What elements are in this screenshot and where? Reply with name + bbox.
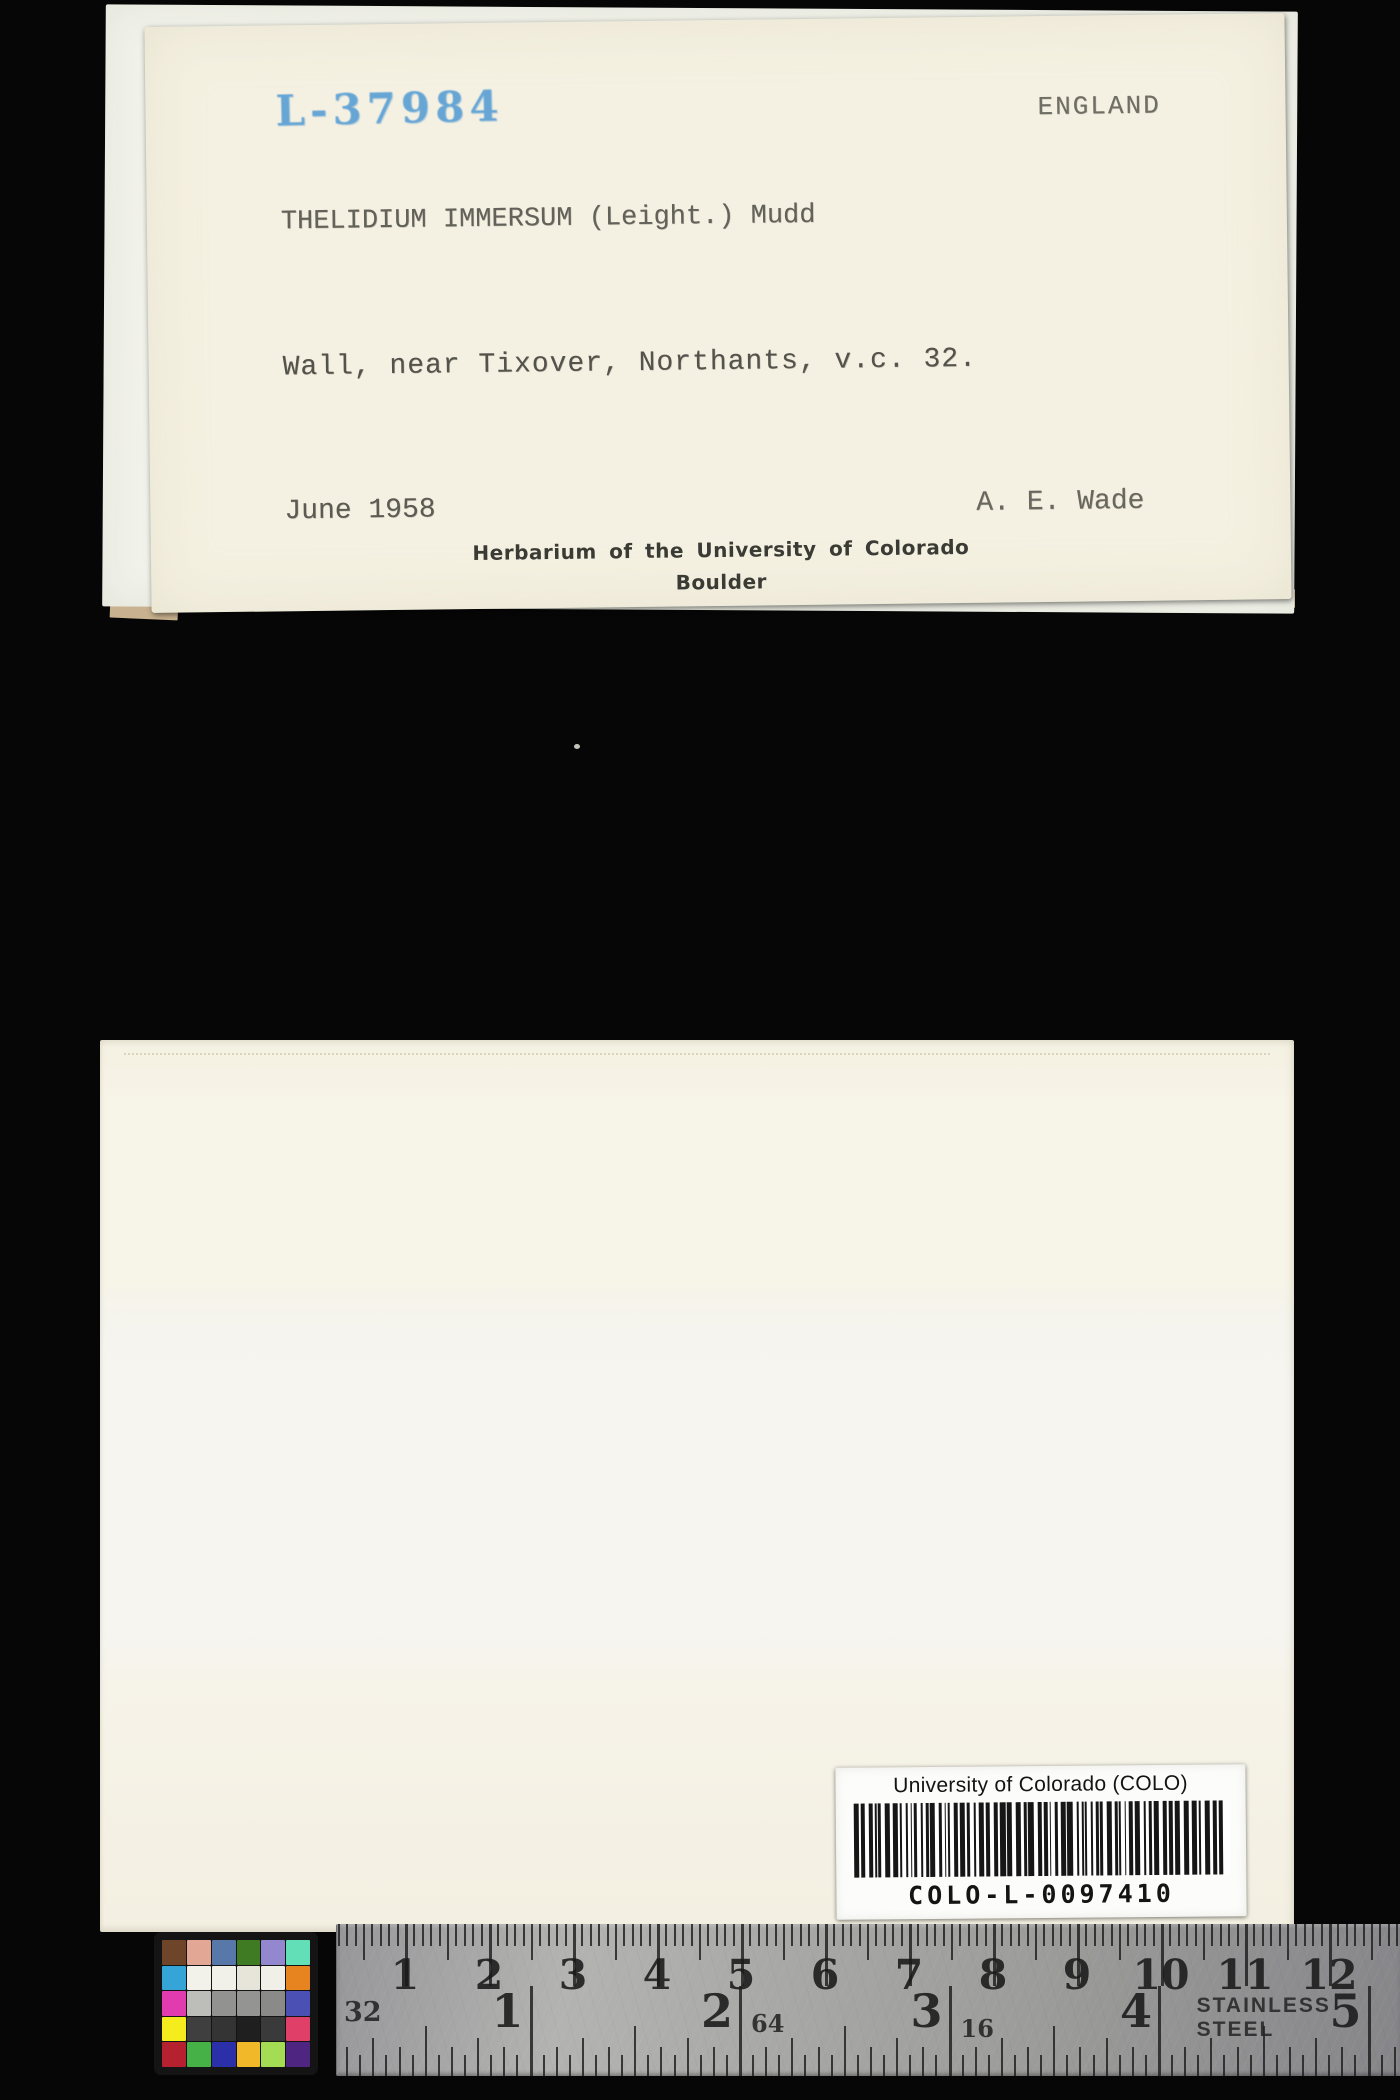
accession-number-stamp: L-37984 xyxy=(275,81,504,135)
ruler-tick xyxy=(621,2055,623,2076)
ruler-inch-number: 1 xyxy=(491,1984,523,2038)
ruler-tick xyxy=(831,2055,833,2076)
barcode-bar xyxy=(1107,1801,1113,1875)
ruler-tick xyxy=(595,2055,597,2076)
ruler-tick xyxy=(1279,1924,1281,1946)
ruler-tick xyxy=(1210,2038,1212,2076)
ruler-tick xyxy=(1302,2055,1304,2076)
stainless-steel-ruler: 123456789101112 12345 32 64 16 STAINLESS… xyxy=(336,1924,1400,2076)
ruler-cm-number: 11 xyxy=(1216,1951,1273,1999)
barcode-label: University of Colorado (COLO) COLO-L-009… xyxy=(835,1764,1246,1920)
barcode-bar xyxy=(899,1803,902,1877)
ruler-tick xyxy=(1220,1924,1222,1946)
color-swatch xyxy=(286,1991,310,2016)
barcode-bar xyxy=(1162,1801,1167,1875)
barcode-bar xyxy=(1037,1802,1042,1876)
barcode-bar xyxy=(1049,1802,1051,1876)
ruler-tick xyxy=(1094,1924,1096,1946)
ruler-brand-label: STAINLESS STEEL xyxy=(1197,1994,1333,2042)
color-swatch xyxy=(237,2042,261,2067)
ruler-tick xyxy=(359,2055,361,2076)
barcode-bar xyxy=(1096,1801,1099,1875)
ruler-tick xyxy=(477,2038,479,2076)
ruler-tick xyxy=(543,2055,545,2076)
ruler-tick xyxy=(870,2047,872,2076)
ruler-tick xyxy=(1136,1924,1138,1946)
ruler-tick xyxy=(608,2047,610,2076)
barcode-bar xyxy=(1213,1800,1218,1874)
ruler-cm-number: 8 xyxy=(979,1951,1008,1999)
ruler-tick xyxy=(556,2047,558,2076)
barcode-bar xyxy=(1205,1801,1211,1875)
ruler-tick xyxy=(338,1924,340,1946)
ruler-tick xyxy=(1093,2055,1095,2076)
barcode-bar xyxy=(985,1802,990,1876)
ruler-tick xyxy=(892,1924,894,1946)
ruler-tick xyxy=(1250,2055,1252,2076)
barcode-bar xyxy=(1169,1801,1174,1875)
ruler-tick xyxy=(817,1924,819,1946)
ruler-tick xyxy=(884,1924,886,1946)
ruler-tick xyxy=(451,2047,453,2076)
ruler-tick xyxy=(640,1924,642,1946)
barcode-bar xyxy=(1100,1801,1103,1875)
barcode-bar xyxy=(893,1803,899,1877)
ruler-tick xyxy=(430,1924,432,1946)
barcode-bar xyxy=(945,1803,947,1877)
ruler-tick xyxy=(674,1924,676,1946)
ruler-tick xyxy=(481,1924,483,1946)
ruler-tick xyxy=(1043,1924,1045,1946)
ruler-fraction-label-32: 32 xyxy=(344,1997,382,2028)
ruler-tick xyxy=(506,1924,508,1946)
ruler-tick xyxy=(634,2026,636,2076)
locality-text: Wall, near Tixover, Northants, v.c. 32. xyxy=(282,344,977,383)
ruler-tick xyxy=(1379,1924,1381,1946)
ruler-tick xyxy=(1371,1924,1373,1960)
color-swatch xyxy=(237,1966,261,1991)
ruler-tick xyxy=(590,1924,592,1946)
ruler-tick xyxy=(1040,2055,1042,2076)
ruler-tick xyxy=(1223,2055,1225,2076)
ruler-tick xyxy=(514,1924,516,1946)
packet-flap-edge xyxy=(124,1053,1270,1055)
ruler-tick xyxy=(783,1924,785,1960)
barcode-bar xyxy=(1060,1802,1066,1876)
barcode xyxy=(852,1800,1231,1877)
ruler-tick xyxy=(1010,1924,1012,1946)
barcode-bar xyxy=(1198,1801,1201,1875)
color-swatch xyxy=(286,1940,310,1965)
ruler-tick xyxy=(1211,1924,1213,1946)
ruler-tick xyxy=(439,1924,441,1946)
ruler-tick xyxy=(1158,1986,1161,2076)
ruler-tick xyxy=(388,1924,390,1946)
ruler-tick xyxy=(1354,1924,1356,1946)
barcode-number: COLO-L-0097410 xyxy=(908,1879,1175,1910)
ruler-tick xyxy=(346,1924,348,1946)
ruler-tick xyxy=(1153,1924,1155,1946)
color-swatch xyxy=(286,2017,310,2042)
herbarium-label-card: L-37984 ENGLAND THELIDIUM IMMERSUM (Leig… xyxy=(144,13,1291,613)
ruler-tick xyxy=(1060,1924,1062,1946)
ruler-tick xyxy=(1119,1924,1121,1960)
color-swatch xyxy=(261,2017,285,2042)
ruler-tick xyxy=(531,1924,533,1960)
ruler-tick xyxy=(765,2047,767,2076)
color-swatch xyxy=(162,1991,186,2016)
ruler-tick xyxy=(707,1924,709,1946)
ruler-tick xyxy=(412,2055,414,2076)
ruler-tick xyxy=(1328,2055,1330,2076)
barcode-bar xyxy=(1184,1801,1190,1875)
ruler-tick xyxy=(1341,2047,1343,2076)
taxon-name: THELIDIUM IMMERSUM (Leight.) Mudd xyxy=(281,201,816,238)
ruler-cm-number: 9 xyxy=(1063,1951,1092,1999)
color-swatch xyxy=(261,1940,285,1965)
barcode-bar xyxy=(1129,1801,1134,1875)
barcode-bar xyxy=(1149,1801,1152,1875)
ruler-tick xyxy=(422,1924,424,1946)
ruler-tick xyxy=(372,2038,374,2076)
barcode-bar xyxy=(1090,1802,1093,1876)
ruler-tick xyxy=(691,1924,693,1946)
ruler-tick xyxy=(490,2055,492,2076)
ruler-tick xyxy=(660,2047,662,2076)
ruler-fraction-label-16: 16 xyxy=(961,2014,994,2043)
ruler-tick xyxy=(1178,1924,1180,1946)
ruler-tick xyxy=(397,1924,399,1946)
ruler-tick xyxy=(1315,2038,1317,2076)
ruler-tick xyxy=(1363,1924,1365,1946)
ruler-tick xyxy=(1144,1924,1146,1946)
ruler-tick xyxy=(808,1924,810,1946)
ruler-tick xyxy=(883,2055,885,2076)
barcode-bar xyxy=(854,1804,860,1878)
ruler-tick xyxy=(399,2047,401,2076)
color-calibration-chart xyxy=(154,1932,318,2075)
ruler-inch-number: 4 xyxy=(1120,1984,1152,2038)
ruler-tick xyxy=(775,1924,777,1946)
ruler-tick xyxy=(917,1924,919,1946)
ruler-tick xyxy=(503,2047,505,2076)
ruler-tick xyxy=(1145,2055,1147,2076)
ruler-tick xyxy=(700,2055,702,2076)
ruler-tick xyxy=(516,2055,518,2076)
ruler-tick xyxy=(975,2047,977,2076)
barcode-bar xyxy=(926,1803,929,1877)
ruler-cm-number: 3 xyxy=(559,1951,588,1999)
ruler-tick xyxy=(1337,1924,1339,1946)
ruler-tick xyxy=(926,1924,928,1946)
dust-speck xyxy=(574,744,580,749)
ruler-tick xyxy=(1253,1924,1255,1946)
herbarium-imprint-line1: Herbarium of the University of Colorado xyxy=(151,531,1291,569)
ruler-tick xyxy=(1237,1924,1239,1946)
ruler-tick xyxy=(565,1924,567,1946)
barcode-bar xyxy=(1055,1802,1058,1876)
barcode-bar xyxy=(1085,1802,1087,1876)
ruler-tick xyxy=(623,1924,625,1946)
barcode-bar xyxy=(878,1803,881,1877)
barcode-bar xyxy=(1115,1801,1118,1875)
ruler-tick xyxy=(968,1924,970,1946)
ruler-tick xyxy=(1262,1924,1264,1946)
ruler-tick xyxy=(665,1924,667,1946)
ruler-tick xyxy=(687,2038,689,2076)
ruler-tick xyxy=(1312,1924,1314,1946)
barcode-bar xyxy=(1007,1802,1013,1876)
ruler-tick xyxy=(523,1924,525,1946)
ruler-tick xyxy=(901,1924,903,1946)
barcode-bar xyxy=(1134,1801,1140,1875)
ruler-tick xyxy=(615,1924,617,1960)
color-swatch xyxy=(212,1991,236,2016)
ruler-tick xyxy=(363,1924,365,1960)
barcode-bar xyxy=(948,1803,950,1877)
ruler-tick xyxy=(582,2038,584,2076)
barcode-bar xyxy=(920,1803,923,1877)
ruler-tick xyxy=(1014,2055,1016,2076)
ruler-tick xyxy=(804,2055,806,2076)
barcode-bar xyxy=(1124,1801,1126,1875)
ruler-tick xyxy=(1394,2047,1396,2076)
ruler-tick xyxy=(380,1924,382,1946)
ruler-tick xyxy=(581,1924,583,1946)
ruler-tick xyxy=(842,1924,844,1946)
ruler-tick xyxy=(355,1924,357,1946)
ruler-tick xyxy=(859,1924,861,1946)
barcode-bar xyxy=(913,1803,916,1877)
barcode-bar xyxy=(910,1803,912,1877)
ruler-tick xyxy=(1203,1924,1205,1960)
barcode-bar xyxy=(967,1803,970,1877)
barcode-bar xyxy=(1044,1802,1049,1876)
ruler-tick xyxy=(959,1924,961,1946)
ruler-tick xyxy=(800,1924,802,1946)
ruler-tick xyxy=(934,1924,936,1946)
barcode-institution-label: University of Colorado (COLO) xyxy=(893,1772,1188,1799)
ruler-tick xyxy=(791,2038,793,2076)
ruler-tick xyxy=(464,2055,466,2076)
ruler-tick xyxy=(951,1924,953,1960)
ruler-tick xyxy=(1270,1924,1272,1946)
ruler-tick xyxy=(752,2055,754,2076)
ruler-tick xyxy=(1228,1924,1230,1946)
ruler-tick xyxy=(1295,1924,1297,1946)
barcode-bar xyxy=(1218,1800,1223,1874)
color-swatch xyxy=(237,1991,261,2016)
ruler-tick xyxy=(1171,2055,1173,2076)
ruler-tick xyxy=(1001,1924,1003,1946)
ruler-tick xyxy=(850,1924,852,1946)
ruler-tick xyxy=(674,2055,676,2076)
ruler-tick xyxy=(1184,2047,1186,2076)
ruler-tick xyxy=(539,1924,541,1946)
ruler-tick xyxy=(472,1924,474,1946)
collector-name: A. E. Wade xyxy=(976,486,1144,519)
ruler-tick xyxy=(962,2055,964,2076)
color-swatch xyxy=(212,2017,236,2042)
color-swatch xyxy=(187,1991,211,2016)
ruler-cm-number: 1 xyxy=(391,1951,420,1999)
barcode-bar xyxy=(875,1803,877,1877)
ruler-tick xyxy=(682,1924,684,1946)
ruler-tick xyxy=(943,1924,945,1946)
ruler-tick xyxy=(1119,2055,1121,2076)
ruler-tick xyxy=(1368,1986,1371,2076)
barcode-bar xyxy=(1174,1801,1180,1875)
ruler-tick xyxy=(1396,1924,1398,1946)
ruler-tick xyxy=(726,2055,728,2076)
color-swatch xyxy=(237,1940,261,1965)
ruler-tick xyxy=(607,1924,609,1946)
ruler-tick xyxy=(1127,1924,1129,1946)
barcode-bar xyxy=(1028,1802,1034,1876)
color-swatch xyxy=(187,1966,211,1991)
ruler-tick xyxy=(791,1924,793,1946)
specimen-photo: { "photo": { "background_color": "#06060… xyxy=(0,0,1400,2100)
color-swatch xyxy=(286,1966,310,1991)
ruler-tick xyxy=(447,1924,449,1960)
ruler-tick xyxy=(713,2047,715,2076)
barcode-bar xyxy=(930,1803,936,1877)
ruler-tick xyxy=(1035,1924,1037,1960)
herbarium-imprint-line2: Boulder xyxy=(151,563,1291,601)
ruler-tick xyxy=(438,2055,440,2076)
ruler-tick xyxy=(985,1924,987,1946)
ruler-inch-number: 3 xyxy=(910,1984,942,2038)
barcode-bar xyxy=(939,1803,942,1877)
ruler-tick xyxy=(1197,2055,1199,2076)
barcode-bar xyxy=(906,1803,908,1877)
ruler-inch-number: 5 xyxy=(1329,1984,1361,2038)
ruler-tick xyxy=(455,1924,457,1946)
barcode-bar xyxy=(1024,1802,1027,1876)
ruler-tick xyxy=(413,1924,415,1946)
ruler-tick xyxy=(867,1924,869,1960)
color-swatch xyxy=(261,2042,285,2067)
barcode-bar xyxy=(1119,1801,1121,1875)
ruler-tick xyxy=(1079,2047,1081,2076)
ruler-tick xyxy=(1111,1924,1113,1946)
color-swatch xyxy=(212,2042,236,2067)
collection-date: June 1958 xyxy=(284,494,436,527)
ruler-tick xyxy=(1321,1924,1323,1946)
ruler-tick xyxy=(833,1924,835,1946)
barcode-bar xyxy=(885,1803,891,1877)
barcode-bar xyxy=(1076,1802,1079,1876)
ruler-tick xyxy=(758,1924,760,1946)
color-swatch xyxy=(187,2042,211,2067)
ruler-tick xyxy=(1287,1924,1289,1960)
ruler-tick xyxy=(1381,2055,1383,2076)
ruler-tick xyxy=(988,2055,990,2076)
barcode-bar xyxy=(1143,1801,1146,1875)
ruler-tick xyxy=(1186,1924,1188,1946)
barcode-bar xyxy=(1067,1802,1073,1876)
ruler-tick xyxy=(818,2047,820,2076)
color-swatch xyxy=(212,1940,236,1965)
ruler-tick xyxy=(909,2055,911,2076)
ruler-tick xyxy=(896,2038,898,2076)
barcode-bar xyxy=(868,1803,873,1877)
color-swatch xyxy=(286,2042,310,2067)
color-swatch xyxy=(162,1940,186,1965)
ruler-tick xyxy=(1027,1924,1029,1946)
ruler-tick xyxy=(716,1924,718,1946)
ruler-tick xyxy=(766,1924,768,1946)
barcode-bar xyxy=(973,1803,976,1877)
barcode-bar xyxy=(1153,1801,1159,1875)
country-label: ENGLAND xyxy=(1037,91,1161,123)
ruler-tick xyxy=(1276,2055,1278,2076)
ruler-tick xyxy=(1237,2047,1239,2076)
ruler-tick xyxy=(425,2026,427,2076)
ruler-tick xyxy=(1304,1924,1306,1946)
ruler-tick xyxy=(497,1924,499,1946)
barcode-bar xyxy=(1000,1802,1006,1876)
ruler-tick xyxy=(778,2055,780,2076)
color-swatch xyxy=(187,1940,211,1965)
ruler-tick xyxy=(1085,1924,1087,1946)
ruler-tick xyxy=(1195,1924,1197,1946)
ruler-tick xyxy=(724,1924,726,1946)
ruler-tick xyxy=(922,2047,924,2076)
color-swatch xyxy=(212,1966,236,1991)
color-swatch xyxy=(162,2017,186,2042)
color-swatch xyxy=(237,2017,261,2042)
ruler-tick xyxy=(346,2047,348,2076)
ruler-tick xyxy=(699,1924,701,1960)
ruler-tick xyxy=(1052,1924,1054,1946)
color-swatch xyxy=(162,2042,186,2067)
ruler-tick xyxy=(739,1986,742,2076)
ruler-tick xyxy=(1346,1924,1348,1946)
ruler-tick xyxy=(857,2055,859,2076)
ruler-tick xyxy=(1069,1924,1071,1946)
ruler-tick xyxy=(1102,1924,1104,1946)
ruler-tick xyxy=(949,1986,952,2076)
ruler-tick xyxy=(749,1924,751,1946)
barcode-bar xyxy=(860,1804,865,1878)
barcode-bar xyxy=(960,1803,966,1877)
ruler-inch-number: 2 xyxy=(701,1984,733,2038)
ruler-tick xyxy=(935,2055,937,2076)
ruler-tick xyxy=(598,1924,600,1946)
color-swatch xyxy=(261,1991,285,2016)
ruler-tick xyxy=(464,1924,466,1946)
ruler-tick xyxy=(1132,2047,1134,2076)
ruler-tick xyxy=(1289,2047,1291,2076)
barcode-bar xyxy=(953,1803,958,1877)
ruler-tick xyxy=(1001,2038,1003,2076)
ruler-tick xyxy=(1169,1924,1171,1946)
ruler-fraction-label-64: 64 xyxy=(751,2009,784,2038)
ruler-tick xyxy=(875,1924,877,1946)
ruler-tick xyxy=(371,1924,373,1946)
ruler-tick xyxy=(1066,2055,1068,2076)
ruler-tick xyxy=(548,1924,550,1946)
ruler-tick xyxy=(649,1924,651,1946)
ruler-tick xyxy=(1106,2038,1108,2076)
color-swatch xyxy=(261,1966,285,1991)
ruler-tick xyxy=(1388,1924,1390,1946)
barcode-bar xyxy=(1016,1802,1022,1876)
ruler-tick xyxy=(556,1924,558,1946)
barcode-bar xyxy=(993,1802,998,1876)
barcode-bar xyxy=(979,1802,985,1876)
